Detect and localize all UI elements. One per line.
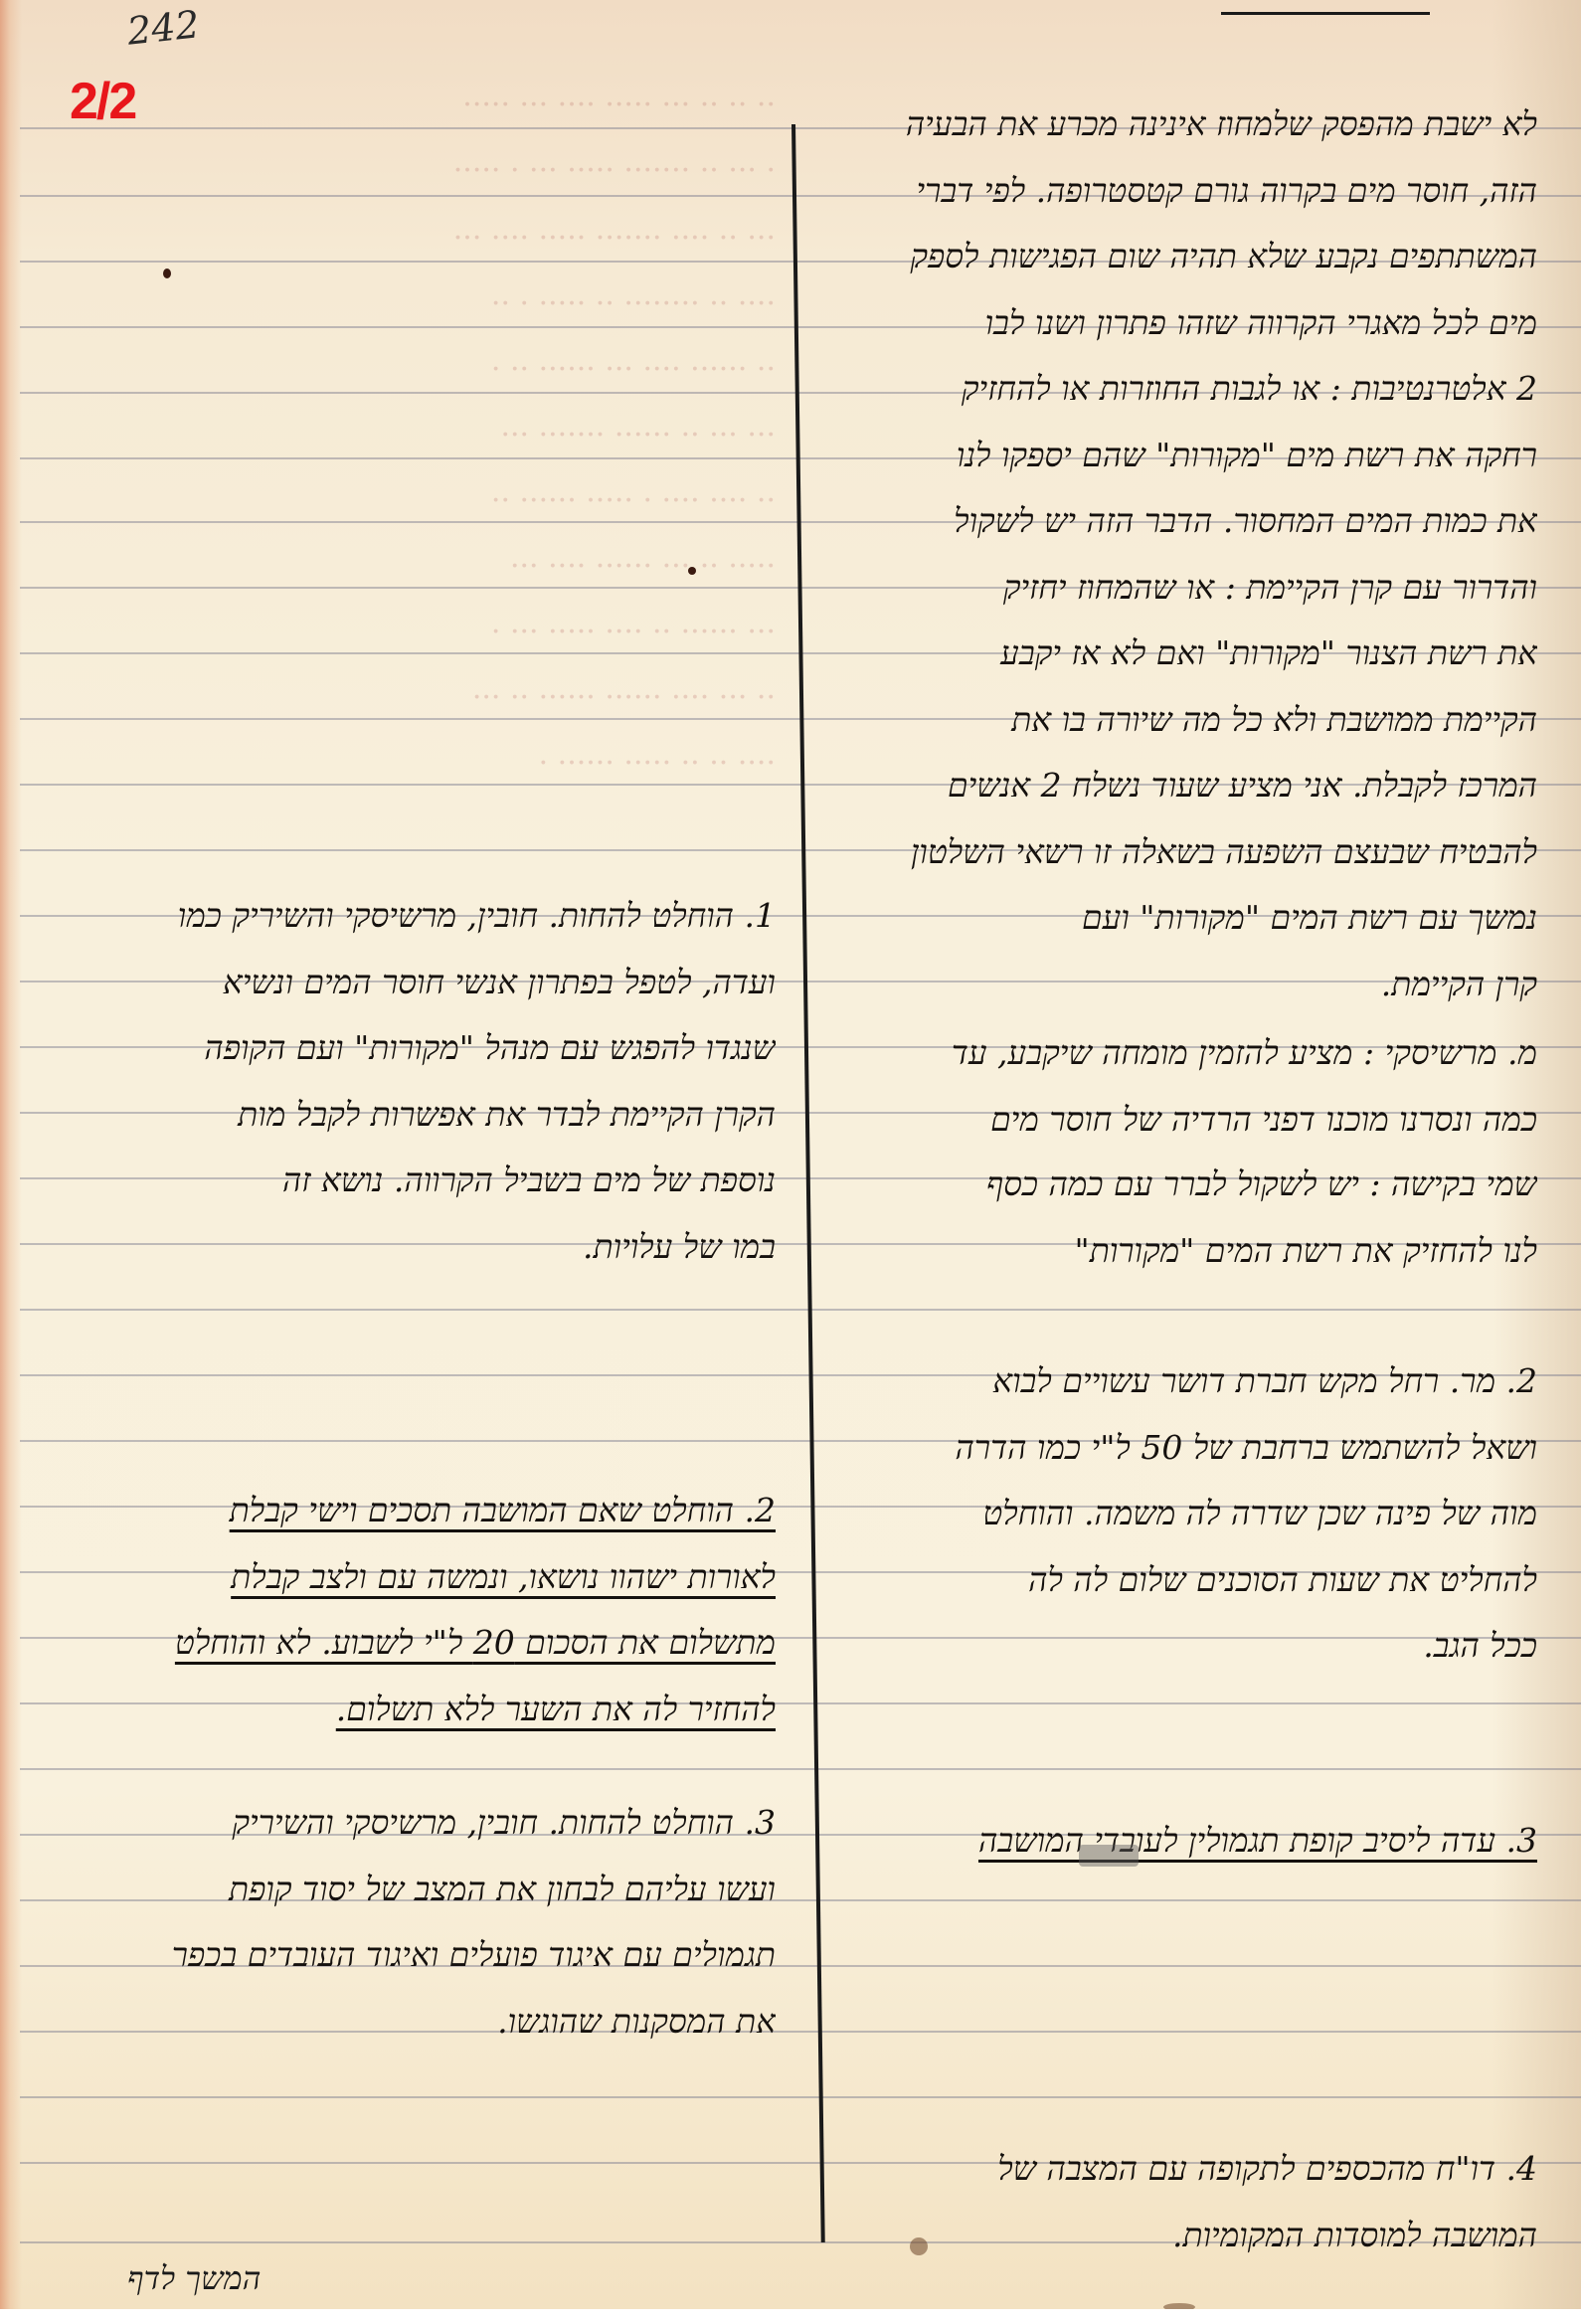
bleed-through-line: ····· ·· ··· ······ ···· ··· — [40, 549, 776, 584]
page-number: 242 — [125, 2, 202, 53]
text-line: להחזיר לה את השער ללא תשלום. — [55, 1677, 776, 1743]
ruled-line — [20, 1309, 1581, 1311]
decision-3: 3. הוחלט להחות. חובין, מרשיסקי והשיריק ו… — [55, 1790, 776, 2055]
text-line: 2 אלטרנטיבות : או לגבות החוזרות או להחזי… — [811, 356, 1537, 423]
text-line: ושאל להשתמש ברחבת של 50 ל"י כמו הדרה — [811, 1415, 1537, 1482]
text-line: לנו להחזיק את רשת המים "מקורות" — [811, 1218, 1537, 1285]
text-line: ועדה, לטפל בפתרון אנשי חוסר המים ונשיא — [55, 950, 776, 1016]
bleed-through-line: · ··· ·· ······· ····· ··· · ····· — [40, 153, 776, 188]
text-line: 4. דו"ח מהכספים לתקופה עם המצבה של — [811, 2136, 1537, 2203]
bleed-through-line: ··· ·· ···· ······· ····· ···· ··· — [40, 221, 776, 256]
speaker-line: שמי בקישה : יש לשקול לברר עם כמה כסף — [811, 1152, 1537, 1218]
text-line: לאורות ישהוו נושאו, ונמשה עם ולצב קבלת — [55, 1544, 776, 1611]
text-line: 1. הוחלט להחות. חובין, מרשיסקי והשיריק כ… — [55, 883, 776, 950]
text-line: והדרור עם קרן הקיימת : או שהמחוז יחזיק — [811, 555, 1537, 622]
text-line: נוספת של מים בשביל הקרווה. נושא זה — [55, 1148, 776, 1214]
text-line: המושבה למוסדות המקומיות. — [811, 2203, 1537, 2269]
text-line: רחקה את רשת מים "מקורות" שהם יספקו לנו — [811, 423, 1537, 489]
bleed-through-line: ·· ······ ···· ··· ······ ·· · — [40, 352, 776, 387]
text-line: להבטיח שבעצם השפעה בשאלה זו רשאי השלטון — [811, 819, 1537, 886]
text-line: את רשת הצנור "מקורות" ואם לא אז יקבע — [811, 621, 1537, 687]
right-column-intro: לא ישבת מהפסק שלמחוז אינינה מכרע את הבעי… — [811, 91, 1537, 356]
text-line: את כמות המים המחסור. הדבר הזה יש לשקול — [811, 488, 1537, 555]
text-line: לא ישבת מהפסק שלמחוז אינינה מכרע את הבעי… — [811, 91, 1537, 158]
text-line: 2. מר. רחל מקש חברת דושר עשויים לבוא — [811, 1348, 1537, 1415]
decision-2: 2. הוחלט שאם המושבה תסכים וישי קבלת לאור… — [55, 1478, 776, 1742]
text-line: להחליט את שעות הסוכנים שלום לה לה — [811, 1547, 1537, 1614]
text-line: המרכז לקבלת. אני מציע שעוד נשלח 2 אנשים — [811, 753, 1537, 819]
speaker-marshiski: מ. מרשיסקי : מציע להזמין מומחה שיקבע, עד… — [811, 1020, 1537, 1153]
continued-note: המשך לדף — [127, 2259, 261, 2297]
text-line: 3. הוחלט להחות. חובין, מרשיסקי והשיריק — [55, 1790, 776, 1857]
bleed-through-line: ·· ···· ···· · ····· ······ ·· — [40, 483, 776, 518]
agenda-item-3: 3. עדה ליסיב קופת תגמולין לעובדי המושבה — [811, 1808, 1537, 1875]
bleed-through-line: ···· ·· ········ ·· ····· · ·· — [40, 286, 776, 321]
ink-stain — [910, 2237, 928, 2255]
text-line: הקיימת ממושבת ולא כל מה שיורה בו את — [811, 687, 1537, 754]
text-line: מתשלום את הסכום 20 ל"י לשבוע. לא והוחלט — [55, 1610, 776, 1677]
ink-stain — [1163, 2303, 1195, 2309]
text-line: תגמולים עם איגוד פועלים ואיגוד העובדים ב… — [55, 1922, 776, 1989]
ink-stain — [163, 268, 171, 278]
text-line: במו של עלויות. — [55, 1214, 776, 1281]
ink-stain — [688, 567, 696, 575]
text-line: שנגדו להפגש עם מנהל "מקורות" ועם הקופה — [55, 1015, 776, 1082]
alternatives-paragraph: 2 אלטרנטיבות : או לגבות החוזרות או להחזי… — [811, 356, 1537, 1017]
text-line: נמשך עם רשת המים "מקורות" ועם — [811, 885, 1537, 952]
speaker-line: מ. מרשיסקי : מציע להזמין מומחה שיקבע, עד — [811, 1020, 1537, 1087]
text-line: הקרן הקיימת לבדר את אפשרות לקבל מות — [55, 1082, 776, 1149]
ink-stain — [1079, 1845, 1139, 1867]
agenda-item-2: 2. מר. רחל מקש חברת דושר עשויים לבוא ושא… — [811, 1348, 1537, 1680]
text-line: 3. עדה ליסיב קופת תגמולין לעובדי המושבה — [811, 1808, 1537, 1875]
ruled-line — [20, 2096, 1581, 2098]
bleed-through-line: ···· ·· ·· ····· ······ · — [40, 746, 776, 781]
text-line: מים לכל מאגרי הקרווה שזהו פתרון ושנו לבו — [811, 290, 1537, 357]
notebook-page: ·· ·· ·· ··· ····· ···· ··· ····· · ··· … — [0, 0, 1581, 2309]
text-line: המשתתפים נקבע שלא תהיה שום הפגישות לספק — [811, 224, 1537, 290]
text-line: כמה ונסרנו מוכנו דפני הרדיה של חוסר מים — [811, 1087, 1537, 1154]
bleed-through-line: ·· ·· ·· ··· ····· ···· ··· ····· — [40, 88, 776, 122]
text-line: קרן הקיימת. — [811, 952, 1537, 1018]
text-line: הזה, חוסר מים בקרוה גורם קטסטרופה. לפי ד… — [811, 158, 1537, 225]
ruled-line — [20, 1768, 1581, 1770]
text-line: ככל הגב. — [811, 1613, 1537, 1680]
text-line: 2. הוחלט שאם המושבה תסכים וישי קבלת — [55, 1478, 776, 1544]
bleed-through-line: ··· ··· ·· ······ ······· ··· — [40, 418, 776, 452]
bleed-through-line: ·· ··· ···· ······ ······ ·· ··· — [40, 680, 776, 715]
top-underline-mark — [1221, 0, 1430, 15]
text-line: את המסקנות שהוגשו. — [55, 1989, 776, 2056]
decision-1: 1. הוחלט להחות. חובין, מרשיסקי והשיריק כ… — [55, 883, 776, 1280]
bleed-through-line: ··· ······ ·· ···· ····· ··· · — [40, 615, 776, 649]
text-line: ועשו עליהם לבחון את המצב של יסוד קופת — [55, 1857, 776, 1923]
text-line: מוה של פינה שכן שדרה לה משמה. והוחלט — [811, 1481, 1537, 1547]
part-label: 2/2 — [70, 72, 135, 131]
speaker-bakish: שמי בקישה : יש לשקול לברר עם כמה כסף לנו… — [811, 1152, 1537, 1284]
